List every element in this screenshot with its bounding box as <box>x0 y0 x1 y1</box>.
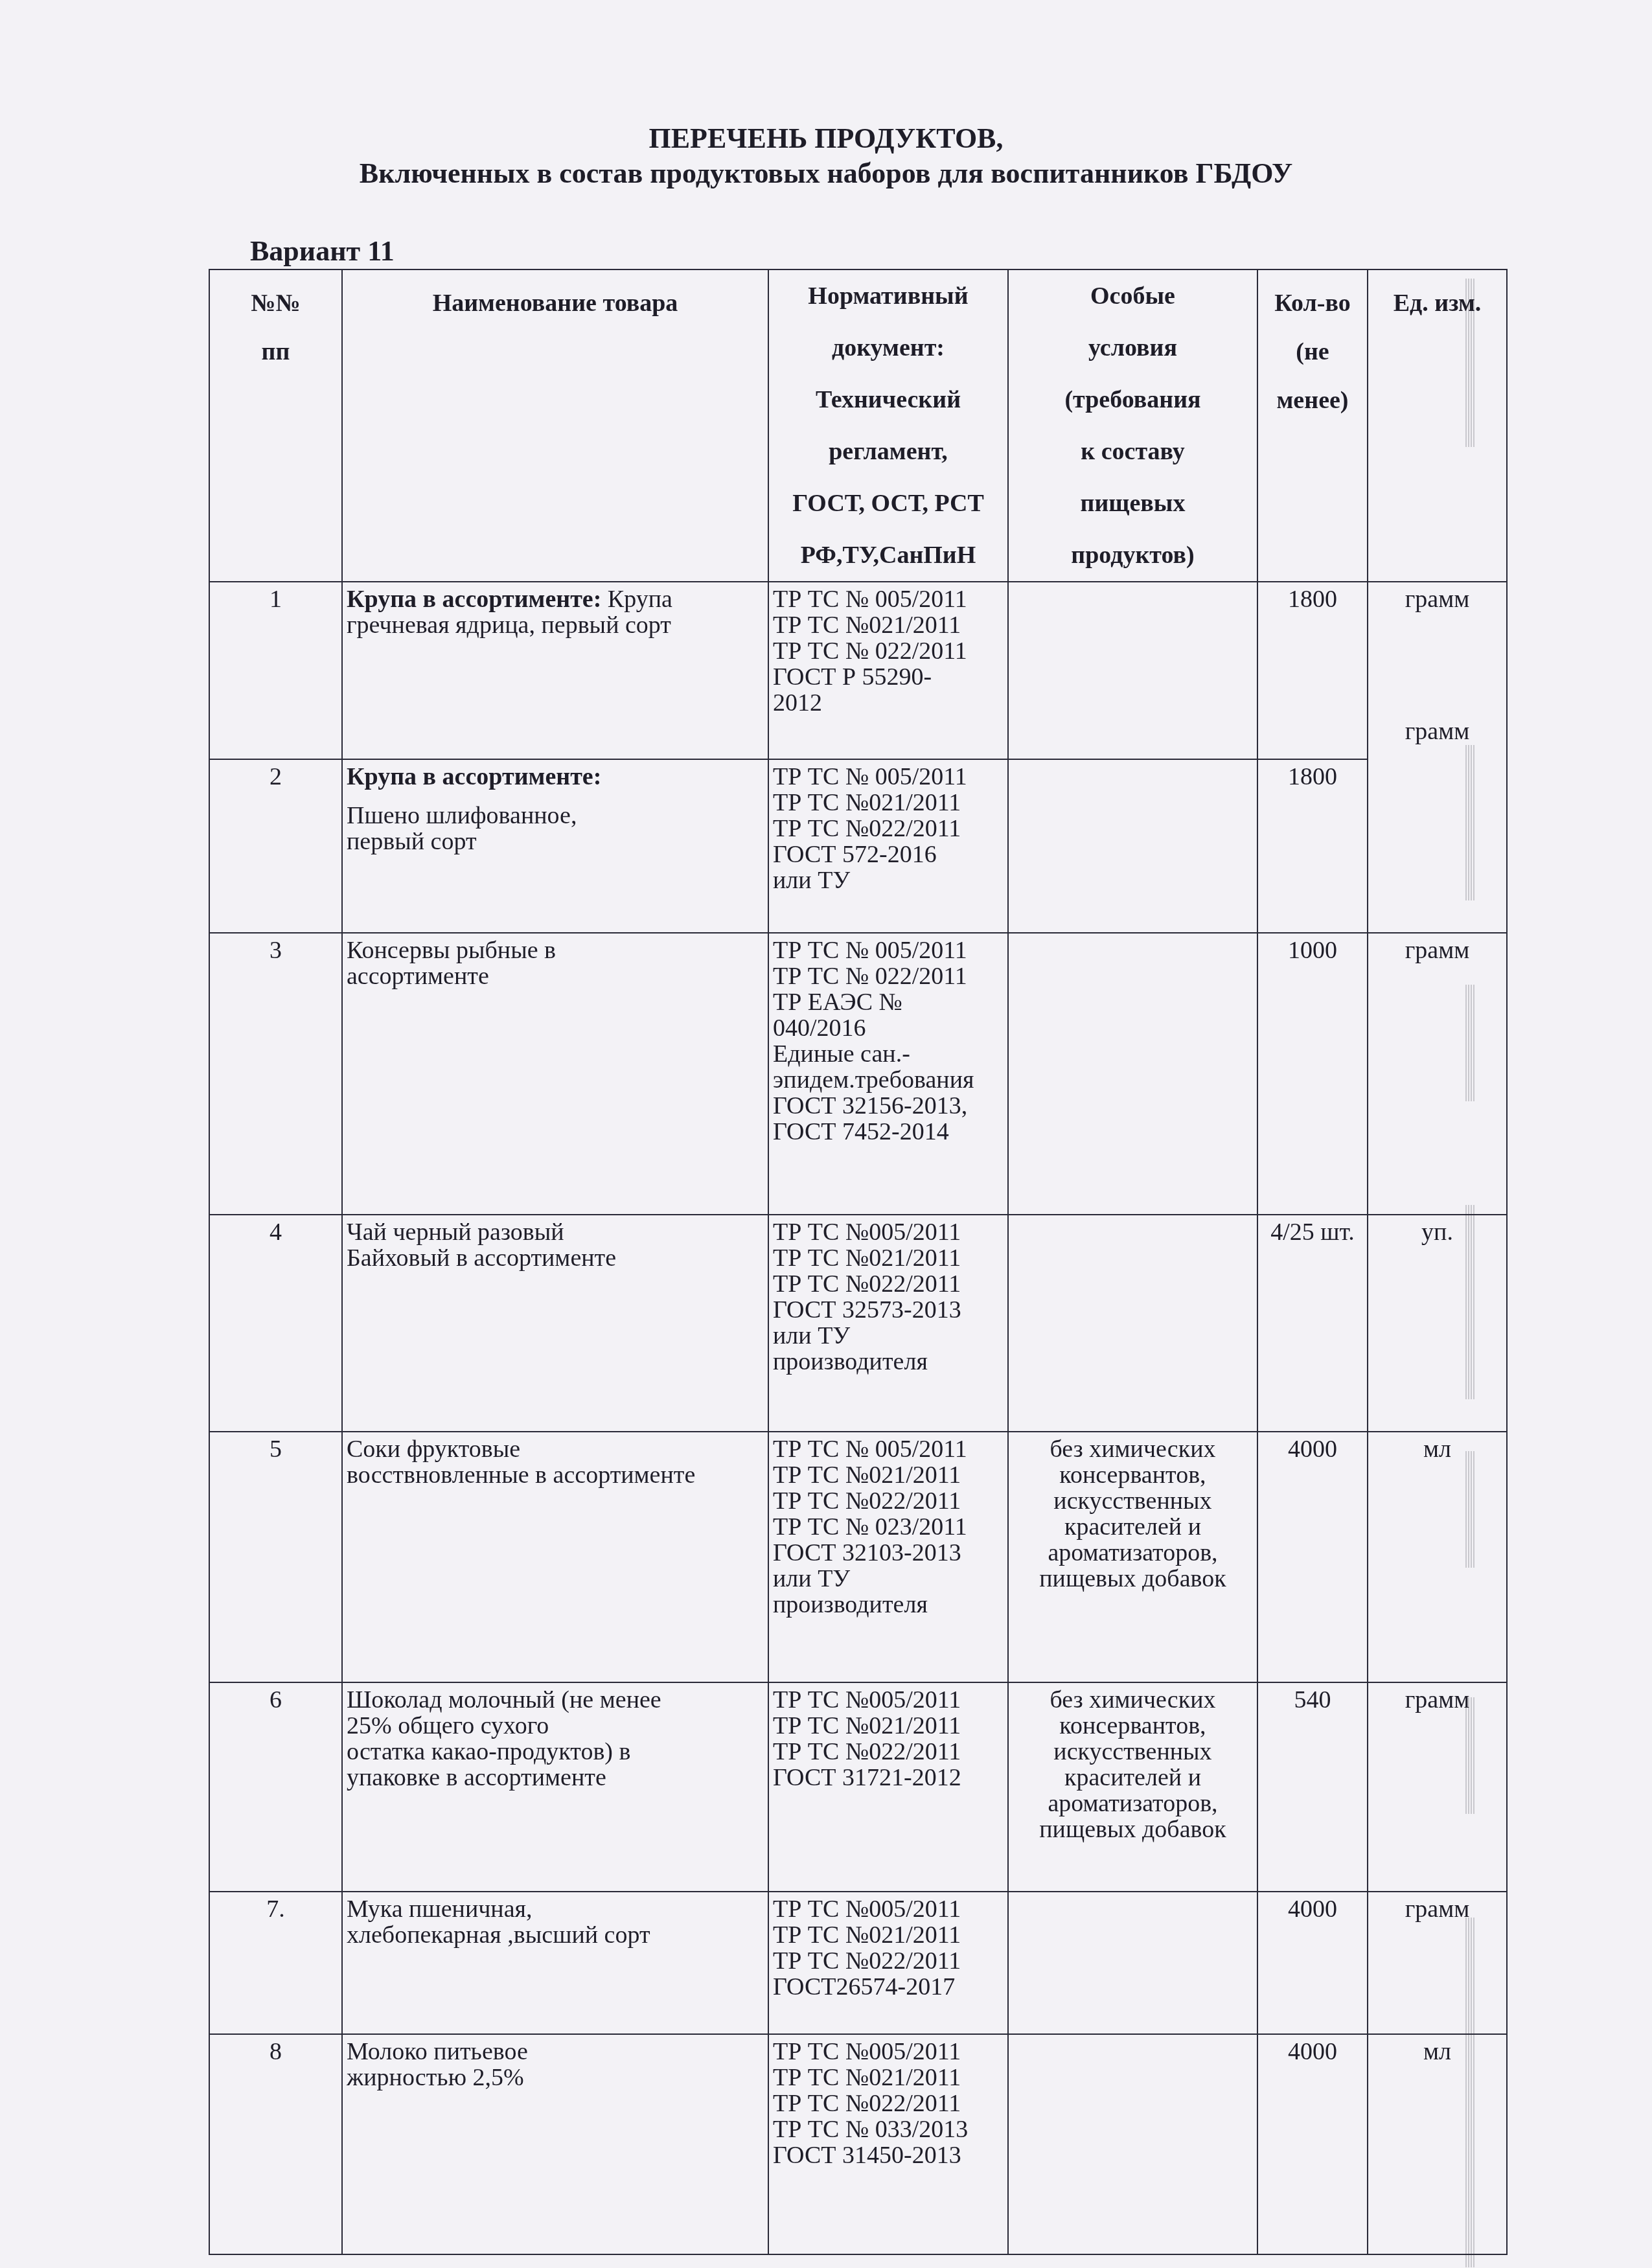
table-row: 4Чай черный разовыйБайховый в ассортимен… <box>209 1215 1507 1432</box>
unit: граммграмм <box>1368 582 1507 933</box>
row-number: 6 <box>209 1682 342 1892</box>
product-name: Мука пшеничная, хлебопекарная ,высший со… <box>342 1892 768 2034</box>
normative-documents: ТР ТС №005/2011ТР ТС №021/2011ТР ТС №022… <box>768 1682 1008 1892</box>
normative-documents: ТР ТС №005/2011ТР ТС №021/2011ТР ТС №022… <box>768 2034 1008 2254</box>
normative-documents: ТР ТС №005/2011ТР ТС №021/2011ТР ТС №022… <box>768 1215 1008 1432</box>
quantity: 4/25 шт. <box>1257 1215 1368 1432</box>
table-row: 2Крупа в ассортименте:Пшено шлифованное,… <box>209 759 1507 933</box>
quantity: 1000 <box>1257 933 1368 1215</box>
product-name: Крупа в ассортименте: Крупагречневая ядр… <box>342 582 768 759</box>
quantity: 4000 <box>1257 1432 1368 1682</box>
special-conditions <box>1008 582 1257 759</box>
normative-documents: ТР ТС № 005/2011ТР ТС №021/2011ТР ТС №02… <box>768 1432 1008 1682</box>
product-name: Соки фруктовыевосствновленные в ассортим… <box>342 1432 768 1682</box>
header-quantity: Кол-во(неменее) <box>1257 269 1368 582</box>
quantity: 4000 <box>1257 2034 1368 2254</box>
product-name: Шоколад молочный (не менее25% общего сух… <box>342 1682 768 1892</box>
quantity: 1800 <box>1257 582 1368 759</box>
special-conditions: без химическихконсервантов,искусственных… <box>1008 1432 1257 1682</box>
product-name: Крупа в ассортименте:Пшено шлифованное,п… <box>342 759 768 933</box>
unit: мл <box>1368 2034 1507 2254</box>
variant-label: Вариант 11 <box>250 235 395 268</box>
unit: грамм <box>1368 1892 1507 2034</box>
row-number: 1 <box>209 582 342 759</box>
table-header-row: №№пп Наименование товара Нормативныйдоку… <box>209 269 1507 582</box>
row-number: 3 <box>209 933 342 1215</box>
unit: уп. <box>1368 1215 1507 1432</box>
scan-artifact <box>1465 1205 1474 1399</box>
normative-documents: ТР ТС № 005/2011ТР ТС № 022/2011ТР ЕАЭС … <box>768 933 1008 1215</box>
document-title: ПЕРЕЧЕНЬ ПРОДУКТОВ, <box>0 122 1652 155</box>
product-name: Чай черный разовыйБайховый в ассортимент… <box>342 1215 768 1432</box>
product-name: Молоко питьевоежирностью 2,5% <box>342 2034 768 2254</box>
scan-artifact <box>1465 985 1474 1101</box>
row-number: 4 <box>209 1215 342 1432</box>
special-conditions <box>1008 1892 1257 2034</box>
table-row: 8Молоко питьевоежирностью 2,5%ТР ТС №005… <box>209 2034 1507 2254</box>
normative-documents: ТР ТС № 005/2011ТР ТС №021/2011ТР ТС № 0… <box>768 582 1008 759</box>
quantity: 1800 <box>1257 759 1368 933</box>
scan-artifact <box>1465 1697 1474 1814</box>
special-conditions <box>1008 2034 1257 2254</box>
scan-artifact <box>1465 745 1474 900</box>
normative-documents: ТР ТС №005/2011ТР ТС №021/2011ТР ТС №022… <box>768 1892 1008 2034</box>
table-row: 6Шоколад молочный (не менее25% общего су… <box>209 1682 1507 1892</box>
row-number: 8 <box>209 2034 342 2254</box>
table-row: 1Крупа в ассортименте: Крупагречневая яд… <box>209 582 1507 759</box>
header-number: №№пп <box>209 269 342 582</box>
header-normative-document: Нормативныйдокумент:Техническийрегламент… <box>768 269 1008 582</box>
products-table: №№пп Наименование товара Нормативныйдоку… <box>209 269 1508 2255</box>
header-unit: Ед. изм. <box>1368 269 1507 582</box>
header-product-name: Наименование товара <box>342 269 768 582</box>
row-number: 5 <box>209 1432 342 1682</box>
header-special-conditions: Особыеусловия(требованияк составупищевых… <box>1008 269 1257 582</box>
special-conditions <box>1008 759 1257 933</box>
quantity: 4000 <box>1257 1892 1368 2034</box>
product-name: Консервы рыбные вассортименте <box>342 933 768 1215</box>
scan-artifact <box>1465 1918 1474 2267</box>
document-subtitle: Включенных в состав продуктовых наборов … <box>0 157 1652 190</box>
special-conditions <box>1008 1215 1257 1432</box>
unit: грамм <box>1368 1682 1507 1892</box>
quantity: 540 <box>1257 1682 1368 1892</box>
row-number: 2 <box>209 759 342 933</box>
unit: мл <box>1368 1432 1507 1682</box>
table-row: 7.Мука пшеничная, хлебопекарная ,высший … <box>209 1892 1507 2034</box>
table-row: 5Соки фруктовыевосствновленные в ассорти… <box>209 1432 1507 1682</box>
scan-artifact <box>1465 279 1474 447</box>
row-number: 7. <box>209 1892 342 2034</box>
normative-documents: ТР ТС № 005/2011ТР ТС №021/2011ТР ТС №02… <box>768 759 1008 933</box>
special-conditions <box>1008 933 1257 1215</box>
scan-artifact <box>1465 1451 1474 1568</box>
table-row: 3Консервы рыбные вассортиментеТР ТС № 00… <box>209 933 1507 1215</box>
special-conditions: без химическихконсервантов,искусственных… <box>1008 1682 1257 1892</box>
unit: грамм <box>1368 933 1507 1215</box>
